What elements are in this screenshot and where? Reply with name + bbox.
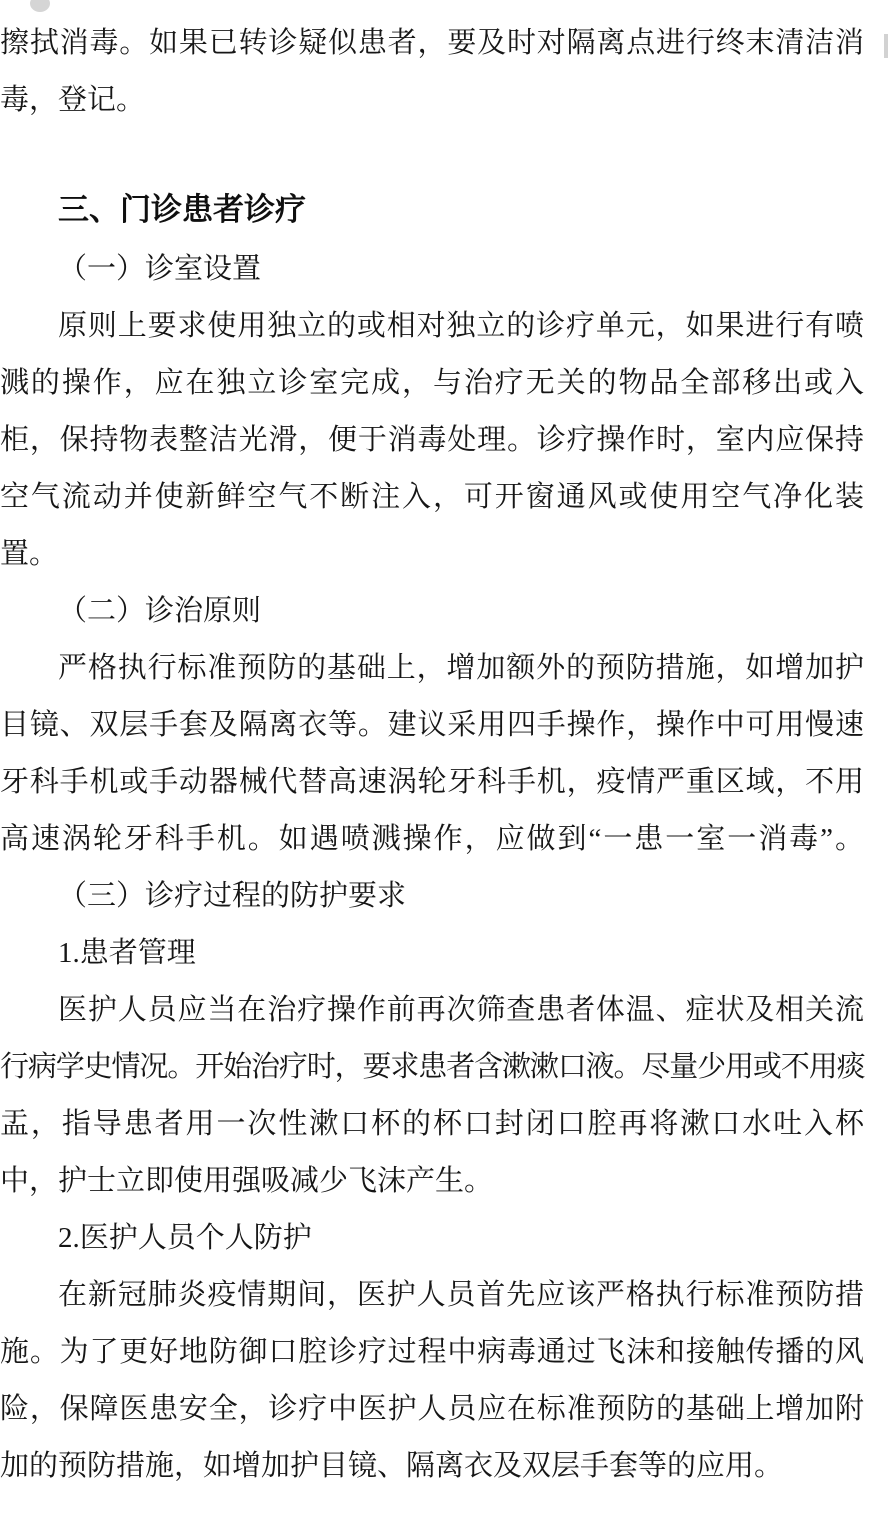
- text-line: 毒，登记。: [0, 72, 864, 129]
- numbered-item-heading: 2.医护人员个人防护: [0, 1210, 864, 1267]
- text-line: 在新冠肺炎疫情期间，医护人员首先应该严格执行标准预防措: [0, 1267, 864, 1324]
- text-line: 险，保障医患安全，诊疗中医护人员应在标准预防的基础上增加附: [0, 1381, 864, 1438]
- text-line: 牙科手机或手动器械代替高速涡轮牙科手机，疫情严重区域，不用: [0, 754, 864, 811]
- text-line: 高速涡轮牙科手机。如遇喷溅操作，应做到“一患一室一消毒”。: [0, 811, 864, 868]
- text-line: 严格执行标准预防的基础上，增加额外的预防措施，如增加护: [0, 640, 864, 697]
- text-line: 医护人员应当在治疗操作前再次筛查患者体温、症状及相关流: [0, 982, 864, 1039]
- text-line: 施。为了更好地防御口腔诊疗过程中病毒通过飞沫和接触传播的风: [0, 1324, 864, 1381]
- text-line: 空气流动并使新鲜空气不断注入，可开窗通风或使用空气净化装: [0, 469, 864, 526]
- subsection-heading: （一）诊室设置: [0, 241, 864, 298]
- text-line: 擦拭消毒。如果已转诊疑似患者，要及时对隔离点进行终末清洁消: [0, 15, 864, 72]
- text-line: 行病学史情况。开始治疗时，要求患者含漱漱口液。尽量少用或不用痰: [0, 1039, 864, 1096]
- section-heading: 三、门诊患者诊疗: [0, 179, 864, 241]
- document-page: 擦拭消毒。如果已转诊疑似患者，要及时对隔离点进行终末清洁消 毒，登记。 三、门诊…: [0, 0, 891, 1536]
- text-line: 溅的操作，应在独立诊室完成，与治疗无关的物品全部移出或入: [0, 355, 864, 412]
- text-line: 目镜、双层手套及隔离衣等。建议采用四手操作，操作中可用慢速: [0, 697, 864, 754]
- text-line: 置。: [0, 526, 864, 583]
- numbered-item-heading: 1.患者管理: [0, 925, 864, 982]
- text-line: 盂，指导患者用一次性漱口杯的杯口封闭口腔再将漱口水吐入杯: [0, 1096, 864, 1153]
- cropped-character-fragment-right-icon: [884, 34, 888, 58]
- text-line: 柜，保持物表整洁光滑，便于消毒处理。诊疗操作时，室内应保持: [0, 412, 864, 469]
- text-line: 加的预防措施，如增加护目镜、隔离衣及双层手套等的应用。: [0, 1438, 864, 1495]
- subsection-heading: （三）诊疗过程的防护要求: [0, 868, 864, 925]
- text-line: 中，护士立即使用强吸减少飞沫产生。: [0, 1153, 864, 1210]
- text-line: 原则上要求使用独立的或相对独立的诊疗单元，如果进行有喷: [0, 298, 864, 355]
- subsection-heading: （二）诊治原则: [0, 583, 864, 640]
- blank-line: [0, 129, 864, 179]
- document-body: 擦拭消毒。如果已转诊疑似患者，要及时对隔离点进行终末清洁消 毒，登记。 三、门诊…: [0, 0, 864, 1495]
